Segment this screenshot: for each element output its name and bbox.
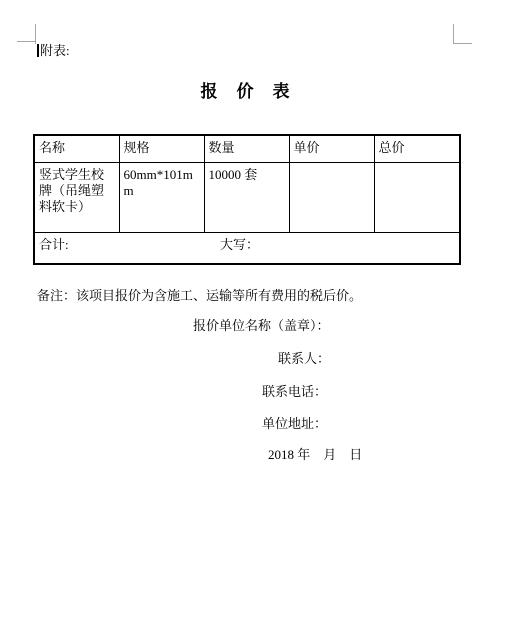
cell-total[interactable]: 合计: 大写： <box>34 232 460 264</box>
column-header-name: 名称 <box>34 135 119 162</box>
contact-phone-label: 联系电话： <box>262 384 327 399</box>
cell-item-quantity[interactable]: 10000 套 <box>204 162 289 232</box>
contact-person-label: 联系人： <box>278 351 330 366</box>
date-line: 2018 年 月 日 <box>268 447 362 462</box>
column-header-spec: 规格 <box>119 135 204 162</box>
page-title: 报 价 表 <box>33 77 458 102</box>
caps-amount-label: 大写： <box>220 237 259 253</box>
cell-item-total-price[interactable] <box>374 162 460 232</box>
text-boundary-mark-top-left <box>17 41 36 42</box>
column-header-quantity: 数量 <box>204 135 289 162</box>
total-label: 合计: <box>39 237 69 252</box>
quote-unit-name-label: 报价单位名称（盖章）： <box>193 318 330 333</box>
unit-address-label: 单位地址： <box>262 416 327 431</box>
table-row: 竖式学生校牌（吊绳塑料软卡） 60mm*101mm 10000 套 <box>34 162 460 232</box>
table-header-row: 名称 规格 数量 单价 总价 <box>34 135 460 162</box>
cell-item-spec[interactable]: 60mm*101mm <box>119 162 204 232</box>
attachment-label: 附表: <box>40 43 70 58</box>
document-page[interactable]: 附表: 报 价 表 名称 规格 数量 单价 总价 竖式学生校牌（吊绳塑料软卡） … <box>0 0 519 641</box>
quote-table: 名称 规格 数量 单价 总价 竖式学生校牌（吊绳塑料软卡） 60mm*101mm… <box>33 134 461 265</box>
text-boundary-mark-top-right <box>453 43 472 44</box>
text-boundary-mark-top-right <box>453 24 454 44</box>
table-total-row: 合计: 大写： <box>34 232 460 264</box>
cell-item-unit-price[interactable] <box>289 162 374 232</box>
text-cursor <box>37 44 39 57</box>
column-header-total-price: 总价 <box>374 135 460 162</box>
cell-item-name[interactable]: 竖式学生校牌（吊绳塑料软卡） <box>34 162 119 232</box>
column-header-unit-price: 单价 <box>289 135 374 162</box>
note-line: 备注：该项目报价为含施工、运输等所有费用的税后价。 <box>37 288 362 303</box>
